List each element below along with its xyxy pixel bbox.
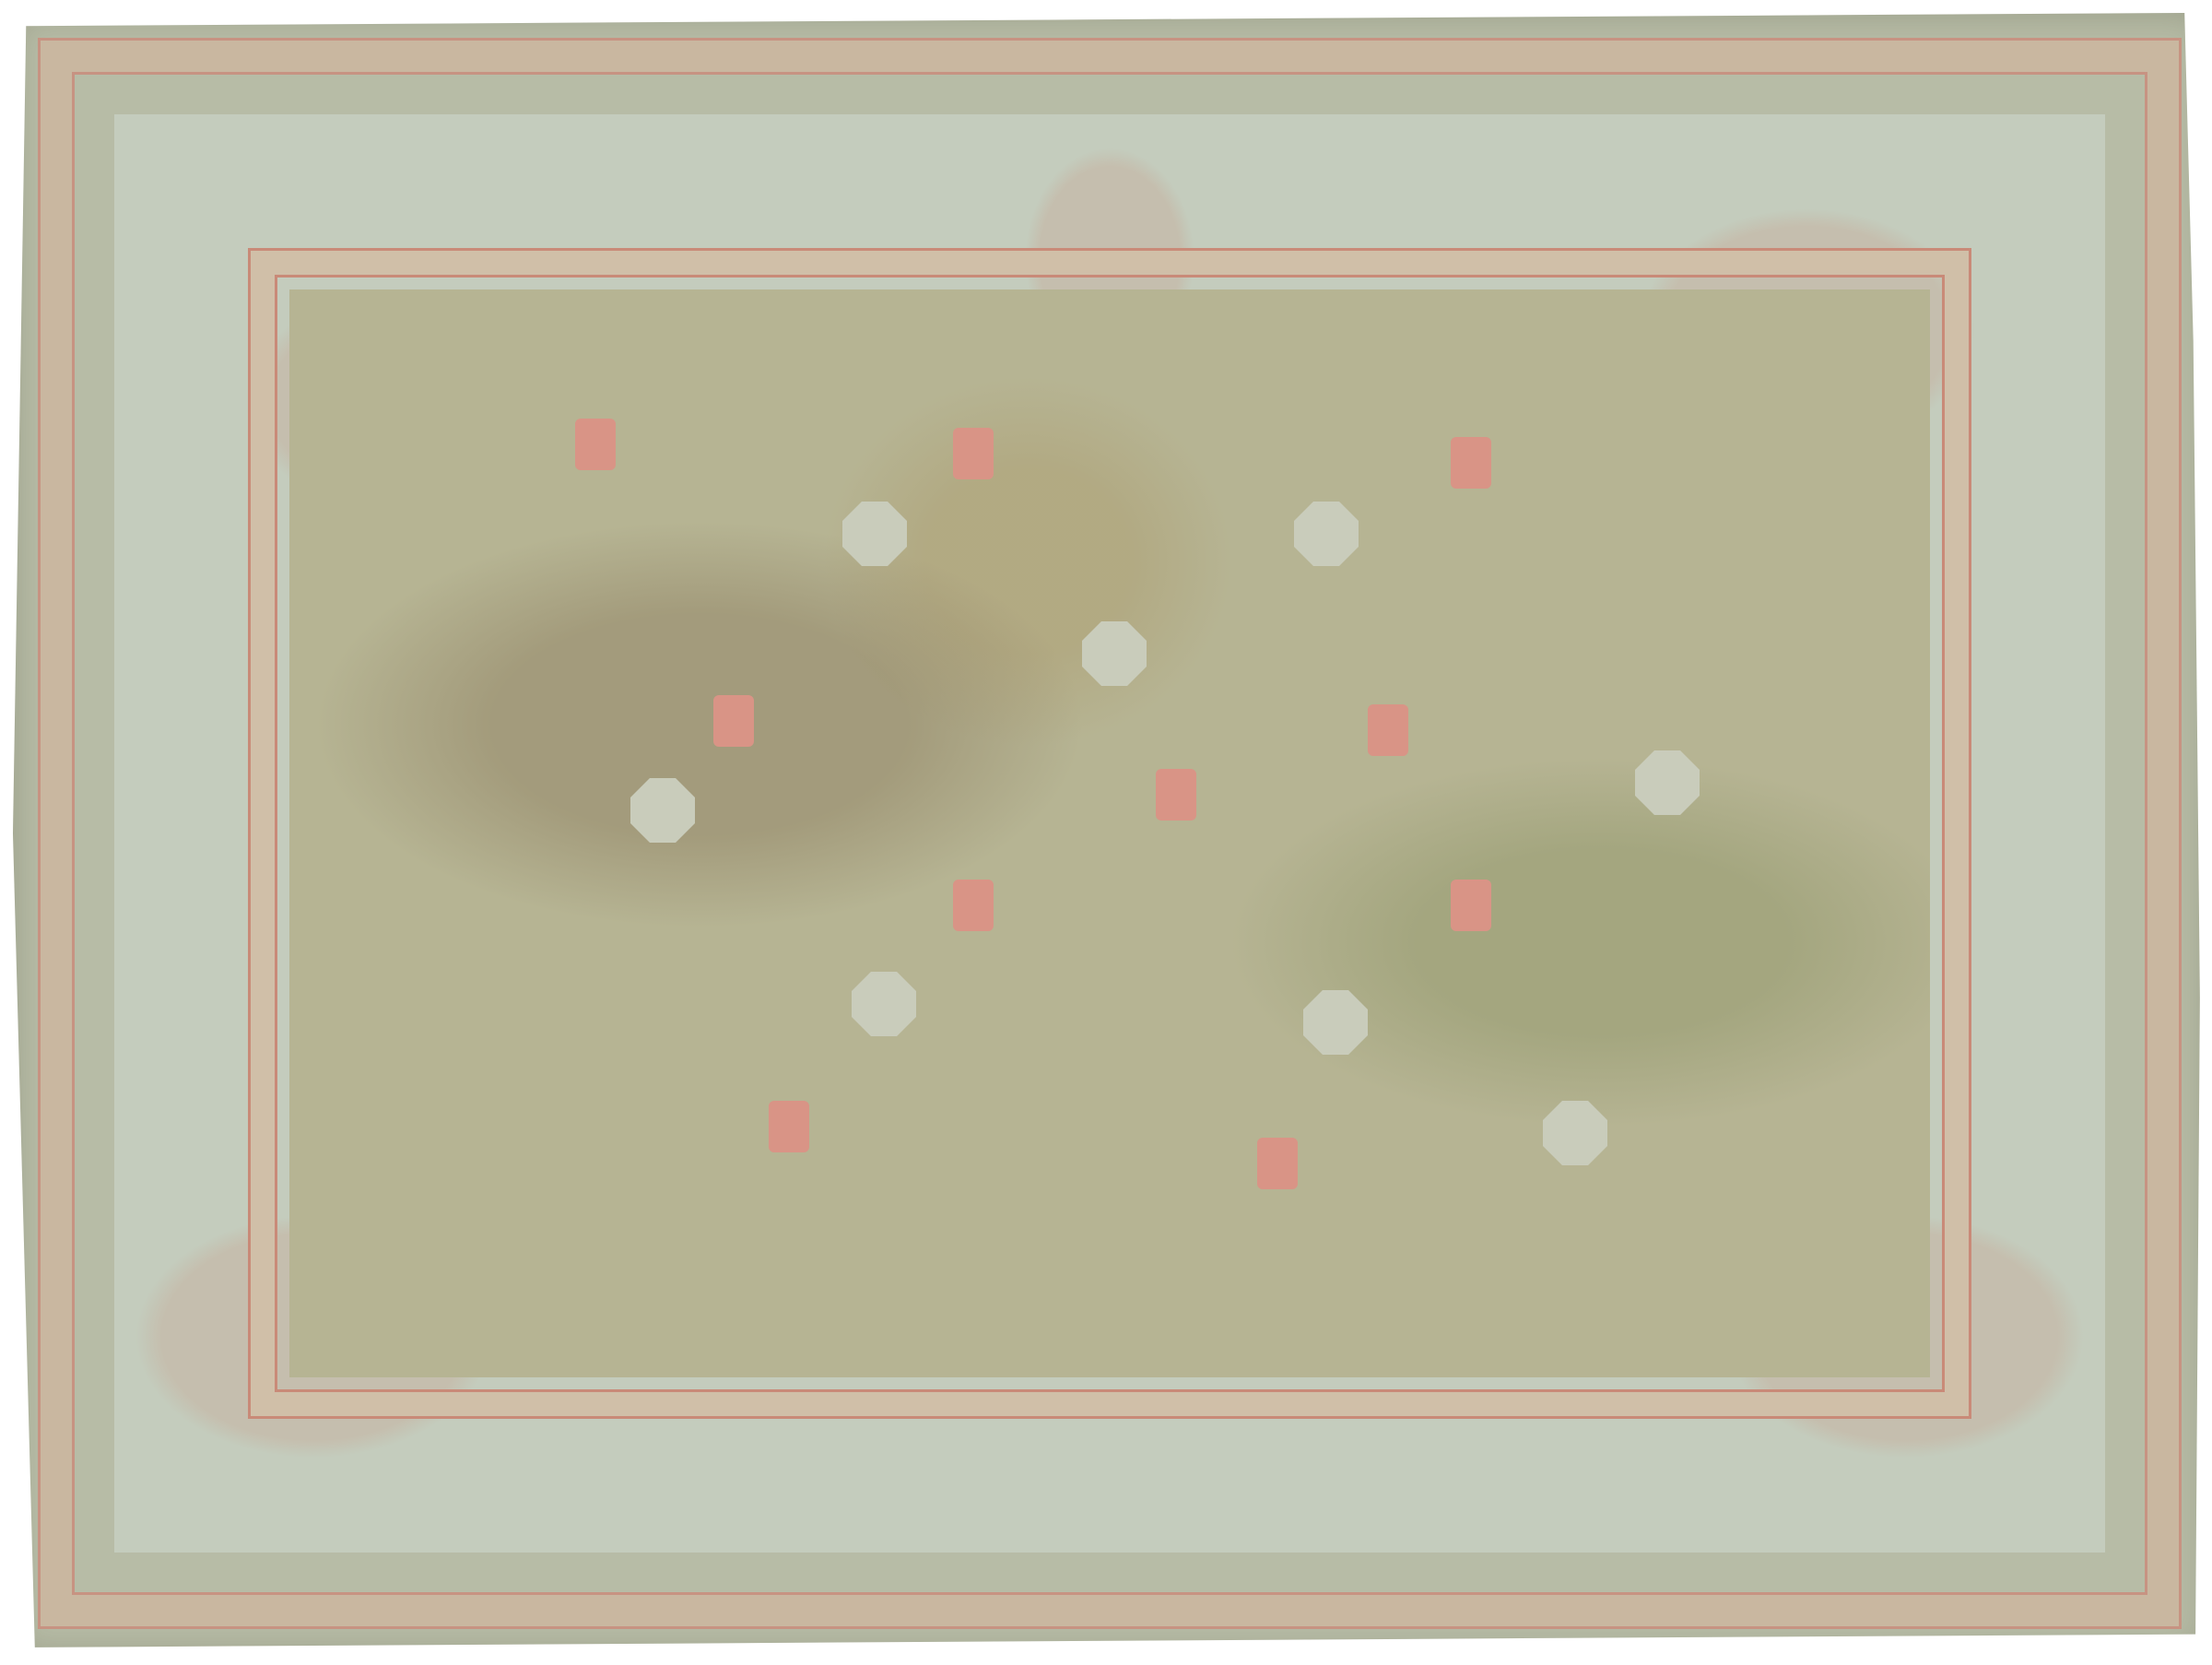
- rug-field: [289, 289, 1930, 1377]
- rug-motif: [630, 778, 695, 843]
- rug-motif: [1543, 1101, 1607, 1165]
- rug-motif: [769, 1101, 809, 1152]
- rug-motif: [1635, 750, 1700, 815]
- rug-motif: [1156, 769, 1196, 821]
- rug-motif: [1451, 880, 1491, 931]
- rug-motif: [575, 419, 616, 470]
- rug-motif: [842, 502, 907, 566]
- rug-motif: [1451, 437, 1491, 489]
- rug-motif: [953, 880, 994, 931]
- rug-motif: [1303, 990, 1368, 1055]
- rug: [13, 13, 2206, 1654]
- rug-motif: [953, 428, 994, 479]
- rug-motif: [852, 972, 916, 1036]
- rug-motif: [1082, 621, 1147, 686]
- rug-motif: [1257, 1138, 1298, 1189]
- rug-motif: [1368, 704, 1408, 756]
- rug-photo: [0, 0, 2212, 1665]
- rug-motif: [1294, 502, 1359, 566]
- rug-motif: [713, 695, 754, 747]
